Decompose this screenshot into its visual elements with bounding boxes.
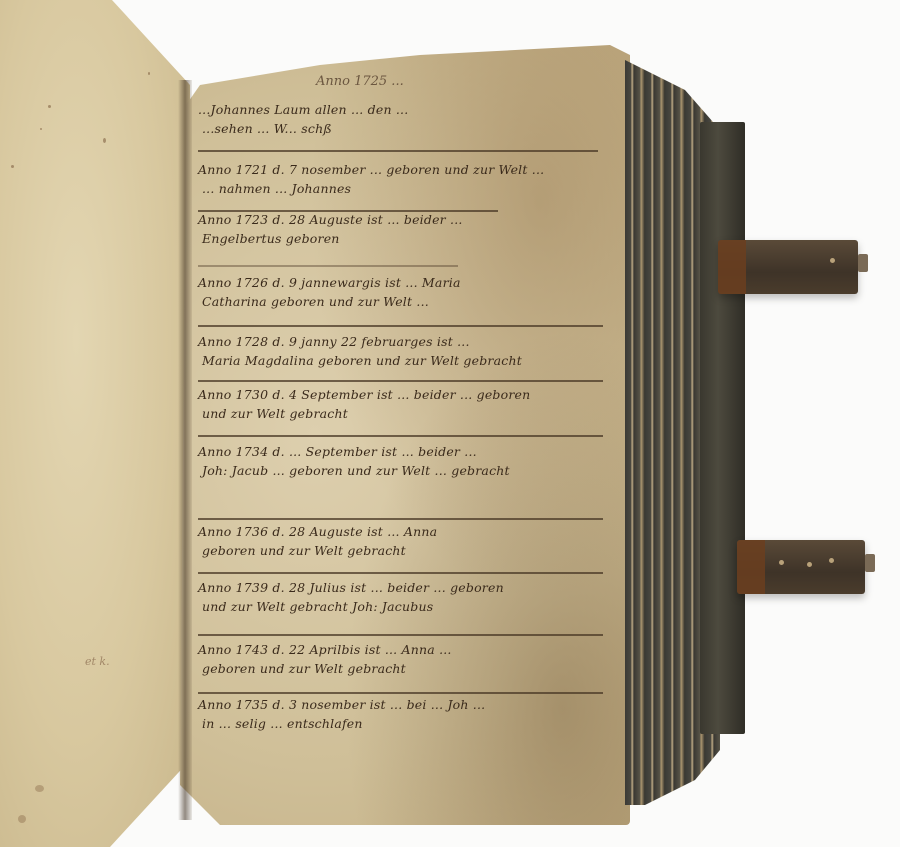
- ruled-line: [198, 380, 603, 382]
- ruled-line: [198, 634, 603, 636]
- ruled-line: [198, 265, 458, 267]
- lower-clasp: [737, 540, 865, 594]
- back-cover-board: [700, 122, 745, 734]
- page-header: Anno 1725 ...: [316, 74, 404, 89]
- left-endpaper: et k.: [0, 0, 190, 847]
- marginal-note: et k.: [85, 655, 110, 668]
- ruled-line: [198, 518, 603, 520]
- register-entry: Anno 1721 d. 7 nosember ... geboren und …: [198, 160, 608, 198]
- ruled-line: [198, 692, 603, 694]
- ruled-line: [198, 325, 603, 327]
- register-entry: ...Johannes Laum allen ... den ... ...se…: [198, 100, 608, 138]
- register-entry: Anno 1739 d. 28 Julius ist ... beider ..…: [198, 578, 608, 616]
- register-entry: Anno 1734 d. ... September ist ... beide…: [198, 442, 608, 480]
- register-entry: Anno 1730 d. 4 September ist ... beider …: [198, 385, 608, 423]
- register-entry: Anno 1743 d. 22 Aprilbis ist ... Anna ..…: [198, 640, 608, 678]
- ruled-line: [198, 150, 598, 152]
- upper-clasp: [718, 240, 858, 294]
- register-entry: Anno 1726 d. 9 jannewargis ist ... Maria…: [198, 273, 608, 311]
- ruled-line: [198, 435, 603, 437]
- book-gutter: [178, 80, 192, 820]
- register-entry: Anno 1735 d. 3 nosember ist ... bei ... …: [198, 695, 608, 733]
- register-entry: Anno 1728 d. 9 janny 22 februarges ist .…: [198, 332, 608, 370]
- ruled-line: [198, 572, 603, 574]
- register-entry: Anno 1723 d. 28 Auguste ist ... beider .…: [198, 210, 608, 248]
- register-entry: Anno 1736 d. 28 Auguste ist ... Anna geb…: [198, 522, 608, 560]
